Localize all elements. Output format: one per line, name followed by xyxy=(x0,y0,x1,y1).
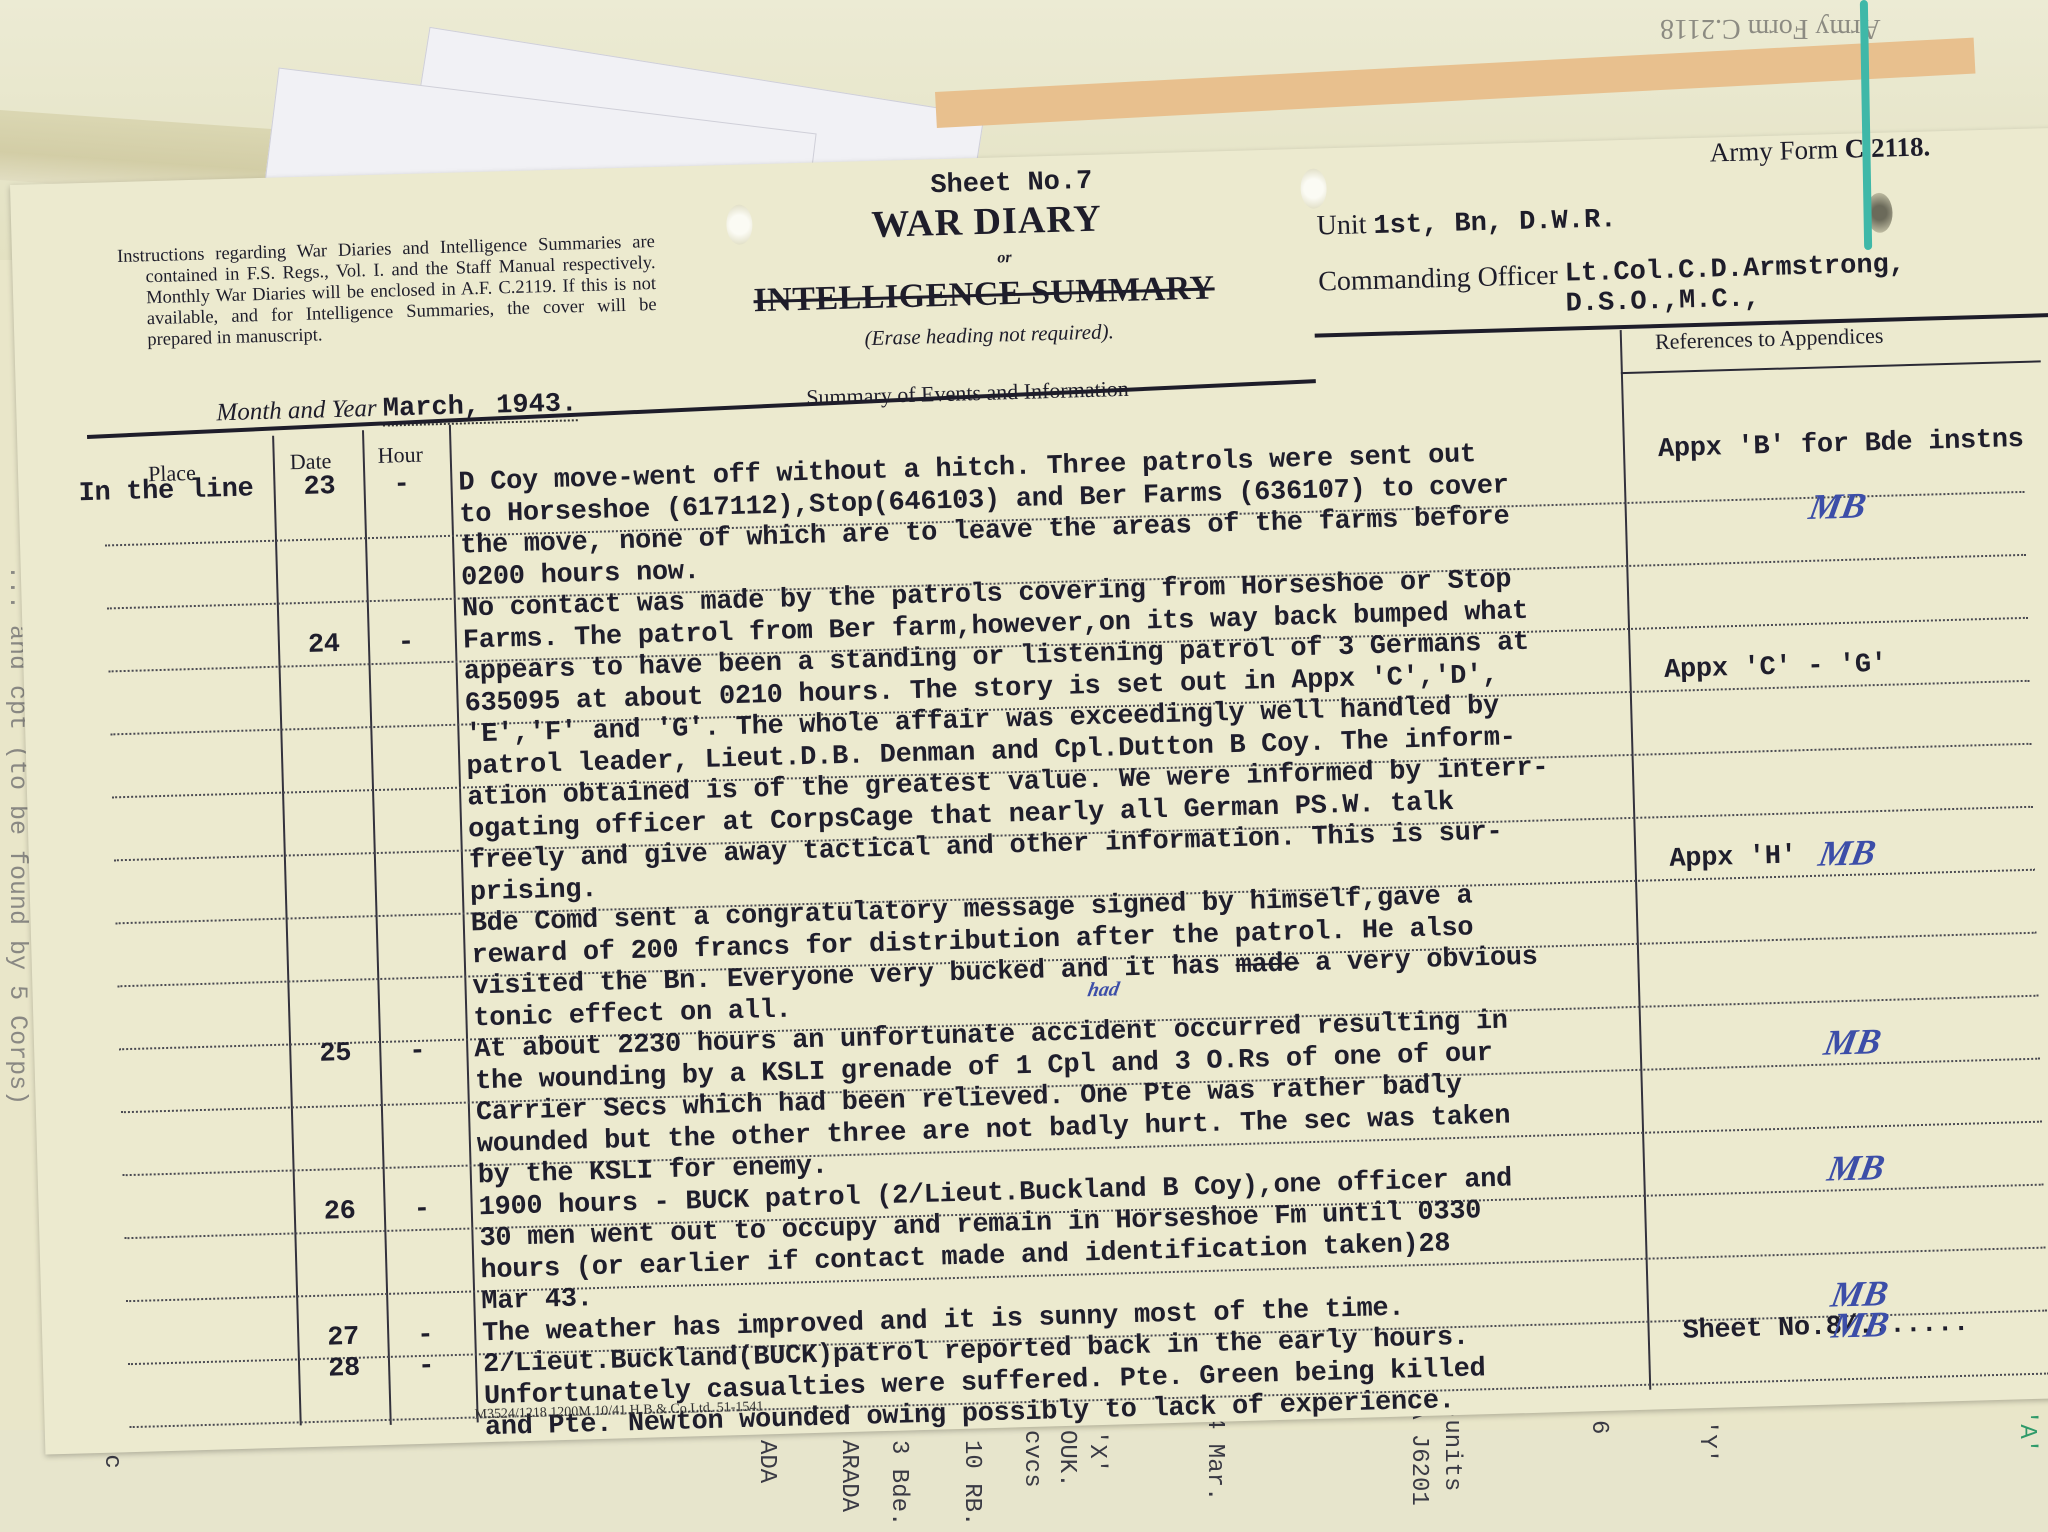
struck-word: made xyxy=(1235,949,1299,981)
bottom-fragment: 10 RB. xyxy=(958,1440,985,1526)
appendix-reference: Appx 'H' xyxy=(1669,841,1797,875)
entry-hour: - xyxy=(393,470,410,500)
entry-hour: - xyxy=(413,1194,430,1224)
punch-hole xyxy=(726,204,753,245)
entry-text: prising. xyxy=(470,874,598,908)
entry-text-part: a very obvious xyxy=(1299,943,1538,980)
entry-text: 0200 hours now. xyxy=(461,556,700,593)
bottom-fragment: 6 xyxy=(1585,1420,1612,1434)
bottom-fragment: -units xyxy=(1438,1405,1465,1491)
co-label: Commanding Officer xyxy=(1318,260,1559,298)
army-form-text: Army Form xyxy=(1709,134,1838,168)
handwritten-correction: had xyxy=(1086,978,1121,1002)
handwritten-initials: MB xyxy=(1824,1145,1888,1189)
bottom-fragment: 'Y' xyxy=(1693,1420,1720,1463)
unit-label: Unit xyxy=(1316,209,1367,241)
bottom-fragment: A J6201 xyxy=(1405,1405,1432,1506)
bottom-fragment: cvcs xyxy=(1018,1430,1045,1488)
bottom-fragment: OUK. xyxy=(1053,1430,1080,1488)
entry-date: 25 xyxy=(319,1039,352,1070)
entry-text: Mar 43. xyxy=(481,1284,593,1317)
entry-hour: - xyxy=(418,1352,435,1382)
army-form-label: Army Form C.2118. xyxy=(1709,131,1930,168)
summary-header: Summary of Events and Information xyxy=(806,376,1129,411)
form-instructions: Instructions regarding War Diaries and I… xyxy=(117,232,658,352)
header-rule xyxy=(1621,360,2041,374)
references-header: References to Appendices xyxy=(1655,323,1884,355)
punch-hole xyxy=(1300,168,1327,209)
bottom-fragment: ARADA xyxy=(835,1440,862,1512)
entry-hour: - xyxy=(409,1037,426,1067)
form-title: WAR DIARY xyxy=(871,197,1103,247)
unit-value: 1st, Bn, D.W.R. xyxy=(1373,205,1617,242)
bottom-fragment: 'A' xyxy=(2013,1410,2040,1453)
entry-date: 23 xyxy=(303,472,336,503)
column-divider xyxy=(362,430,391,1425)
appendix-reference: Sheet No.8/....... xyxy=(1682,1309,1969,1347)
or-text: or xyxy=(997,249,1012,267)
entry-date: 24 xyxy=(308,629,341,660)
date-header: Date xyxy=(289,448,331,475)
entry-date: 27 xyxy=(327,1322,360,1353)
intelligence-summary-heading: INTELLIGENCE SUMMARY xyxy=(753,269,1215,320)
handwritten-initials: MB xyxy=(1829,1303,1893,1347)
appendix-reference: Appx 'B' for Bde instns xyxy=(1658,425,2024,465)
co-value-line2: D.S.O.,M.C., xyxy=(1565,284,1760,319)
unit-field: Unit 1st, Bn, D.W.R. xyxy=(1316,202,1617,243)
commanding-officer-field: Commanding Officer Lt.Col.C.D.Armstrong,… xyxy=(1318,250,1906,326)
entry-date: 26 xyxy=(323,1196,356,1227)
handwritten-initials: MB xyxy=(1815,831,1879,875)
bottom-fragment: 'X' xyxy=(1083,1430,1110,1473)
entry-place: In the line xyxy=(78,474,254,509)
handwritten-initials: MB xyxy=(1806,484,1870,528)
bottom-fragment: 3 Bde. xyxy=(885,1440,912,1526)
handwritten-initials: MB xyxy=(1821,1019,1885,1063)
column-divider xyxy=(272,436,301,1426)
co-value: Lt.Col.C.D.Armstrong, D.S.O.,M.C., xyxy=(1564,250,1906,319)
army-form-number: C.2118. xyxy=(1844,131,1930,163)
war-diary-sheet: Instructions regarding War Diaries and I… xyxy=(10,128,2048,1455)
column-divider xyxy=(1620,330,1651,1390)
erase-note: (Erase heading not required). xyxy=(864,319,1114,351)
entry-hour: - xyxy=(417,1320,434,1350)
entry-hour: - xyxy=(398,627,415,657)
bottom-fragment: ADA xyxy=(753,1440,780,1483)
background-army-form-text: Army Form C.2118 xyxy=(1660,12,1881,44)
month-year-label: Month and Year xyxy=(216,395,377,426)
sheet-number: Sheet No.7 xyxy=(930,167,1093,202)
hour-header: Hour xyxy=(377,442,423,469)
co-value-line1: Lt.Col.C.D.Armstrong, xyxy=(1564,250,1905,289)
appendix-reference: Appx 'C' - 'G' xyxy=(1664,649,1887,685)
bottom-fragment: 4 Mar. xyxy=(1201,1415,1228,1501)
entry-date: 28 xyxy=(328,1354,361,1385)
